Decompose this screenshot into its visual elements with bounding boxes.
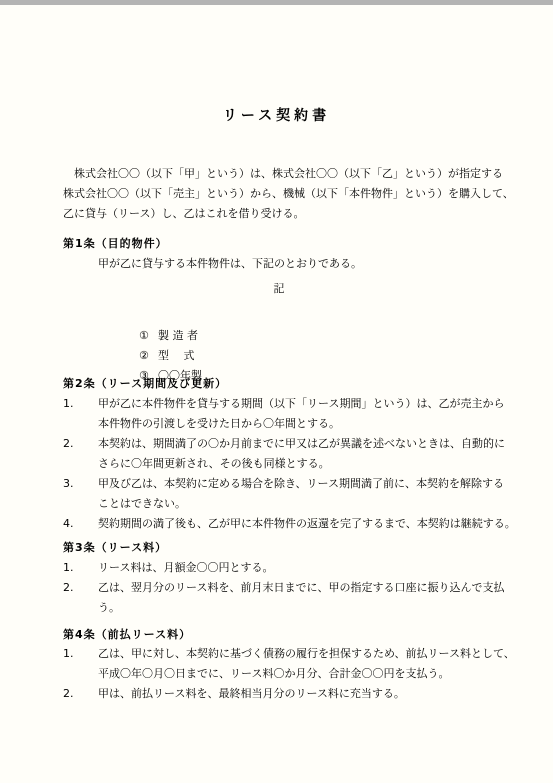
clause-line: さらに〇年間更新され、その後も同様とする。	[98, 454, 503, 474]
item-number: 1.	[63, 394, 74, 414]
clause-item: 2. 乙は、翌月分のリース料を、前月末日までに、甲の指定する口座に振り込んで支払…	[63, 578, 503, 618]
clause-item: 2. 甲は、前払リース料を、最終相当月分のリース料に充当する。	[63, 684, 503, 704]
intro-line: 株式会社〇〇（以下「甲」という）は、株式会社〇〇（以下「乙」という）が指定する	[63, 164, 495, 184]
spec-item-label: 型 式	[158, 349, 195, 362]
section-2-heading: 第2条（リース期間及び更新）	[63, 374, 227, 394]
item-number: 2.	[63, 434, 74, 454]
window-top-edge	[0, 0, 553, 5]
clause-item: 1. 乙は、甲に対し、本契約に基づく債務の履行を担保するため、前払リース料として…	[63, 644, 503, 684]
clause-line: 甲が乙に本件物件を貸与する期間（以下「リース期間」という）は、乙が売主から	[98, 394, 503, 414]
clause-line: 平成〇年〇月〇日までに、リース料〇か月分、合計金〇〇円を支払う。	[98, 664, 503, 684]
document-page: リース契約書 株式会社〇〇（以下「甲」という）は、株式会社〇〇（以下「乙」という…	[0, 0, 553, 783]
section-4-items: 1. 乙は、甲に対し、本契約に基づく債務の履行を担保するため、前払リース料として…	[63, 644, 503, 704]
intro-paragraph: 株式会社〇〇（以下「甲」という）は、株式会社〇〇（以下「乙」という）が指定する …	[63, 164, 495, 224]
clause-line: 乙は、甲に対し、本契約に基づく債務の履行を担保するため、前払リース料として、	[98, 644, 503, 664]
clause-item: 1. 甲が乙に本件物件を貸与する期間（以下「リース期間」という）は、乙が売主から…	[63, 394, 503, 434]
document-title: リース契約書	[0, 106, 553, 126]
clause-line: リース料は、月額金〇〇円とする。	[98, 558, 503, 578]
intro-line: 株式会社〇〇（以下「売主」という）から、機械（以下「本件物件」という）を購入して…	[63, 184, 495, 204]
clause-item: 1. リース料は、月額金〇〇円とする。	[63, 558, 503, 578]
spec-item-label: 製 造 者	[158, 329, 198, 342]
clause-line: ことはできない。	[98, 494, 503, 514]
intro-line: 乙に貸与（リース）し、乙はこれを借り受ける。	[63, 204, 495, 224]
item-number: 1.	[63, 558, 74, 578]
section-4-heading: 第4条（前払リース料）	[63, 625, 191, 645]
section-1-note-ki: 記	[63, 279, 495, 299]
clause-item: 3. 甲及び乙は、本契約に定める場合を除き、リース期間満了前に、本契約を解除する…	[63, 474, 503, 514]
clause-line: 甲は、前払リース料を、最終相当月分のリース料に充当する。	[98, 684, 503, 704]
item-number: 3.	[63, 474, 74, 494]
section-1-body: 甲が乙に貸与する本件物件は、下記のとおりである。	[98, 254, 362, 274]
clause-item: 4. 契約期間の満了後も、乙が甲に本件物件の返還を完了するまで、本契約は継続する…	[63, 514, 503, 534]
clause-line: 本件物件の引渡しを受けた日から〇年間とする。	[98, 414, 503, 434]
spec-item-manufacturer: ①製 造 者	[118, 306, 202, 326]
circled-number-1: ①	[139, 326, 158, 346]
section-3-items: 1. リース料は、月額金〇〇円とする。 2. 乙は、翌月分のリース料を、前月末日…	[63, 558, 503, 618]
item-number: 2.	[63, 684, 74, 704]
clause-line: 乙は、翌月分のリース料を、前月末日までに、甲の指定する口座に振り込んで支払	[98, 578, 503, 598]
clause-line: 本契約は、期間満了の〇か月前までに甲又は乙が異議を述べないときは、自動的に	[98, 434, 503, 454]
circled-number-2: ②	[139, 346, 158, 366]
section-1-heading: 第1条（目的物件）	[63, 234, 168, 254]
object-spec-list: ①製 造 者 ②型 式 ③〇〇年製	[118, 306, 202, 366]
clause-item: 2. 本契約は、期間満了の〇か月前までに甲又は乙が異議を述べないときは、自動的に…	[63, 434, 503, 474]
item-number: 1.	[63, 644, 74, 664]
item-number: 2.	[63, 578, 74, 598]
clause-line: う。	[98, 598, 503, 618]
item-number: 4.	[63, 514, 74, 534]
section-2-items: 1. 甲が乙に本件物件を貸与する期間（以下「リース期間」という）は、乙が売主から…	[63, 394, 503, 534]
clause-line: 契約期間の満了後も、乙が甲に本件物件の返還を完了するまで、本契約は継続する。	[98, 514, 503, 534]
section-3-heading: 第3条（リース料）	[63, 538, 167, 558]
clause-line: 甲及び乙は、本契約に定める場合を除き、リース期間満了前に、本契約を解除する	[98, 474, 503, 494]
